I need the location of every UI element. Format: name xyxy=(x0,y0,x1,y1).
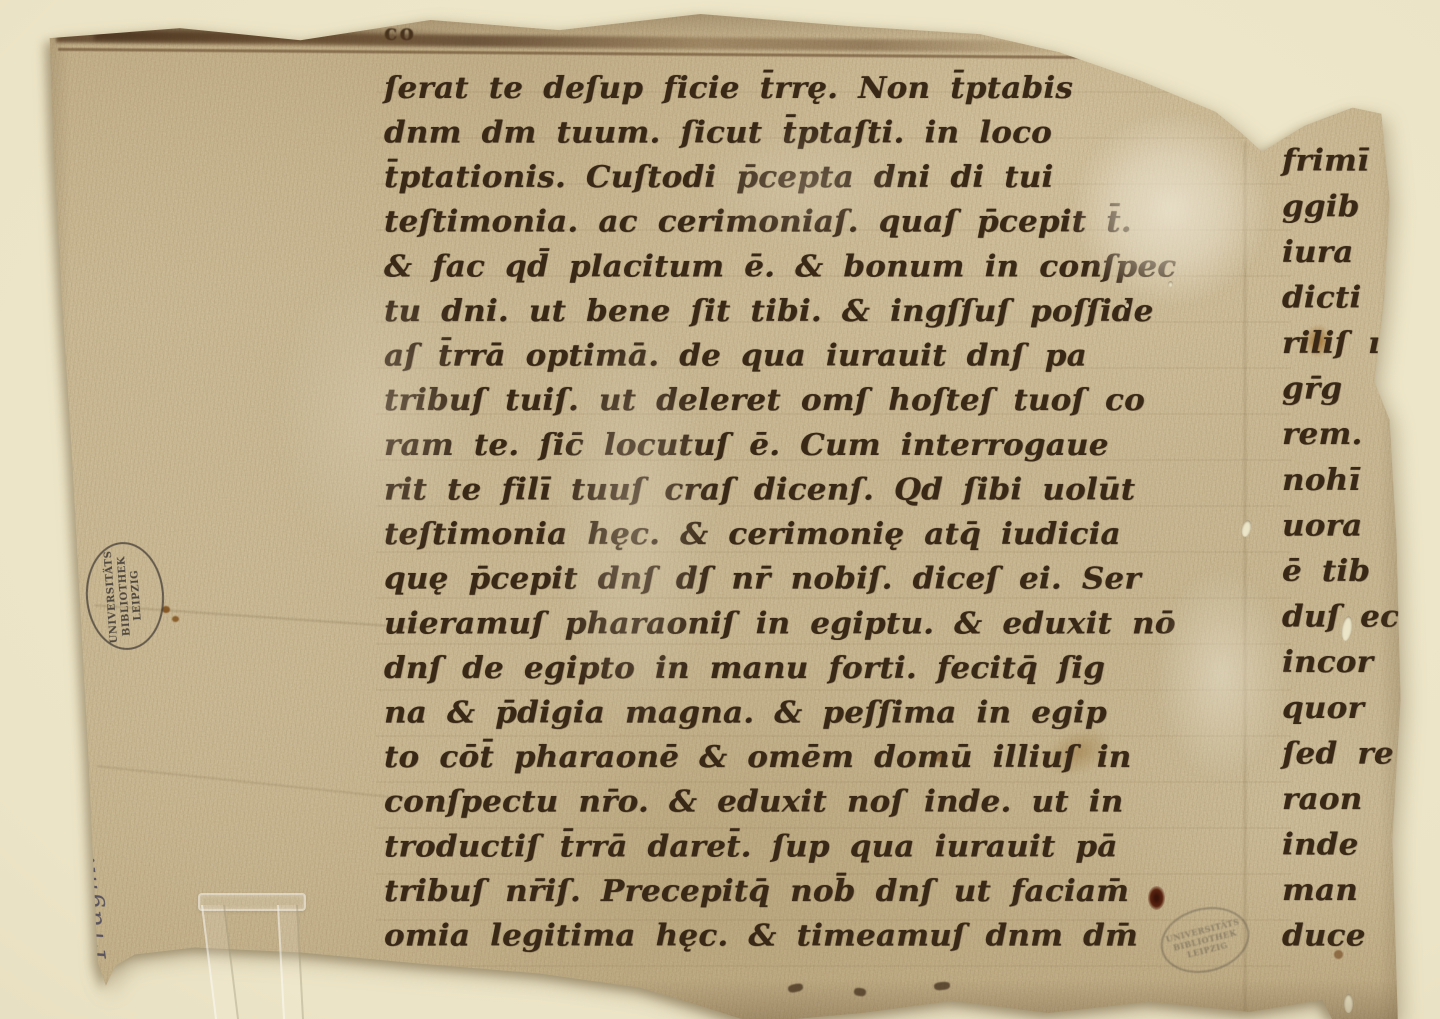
acrylic-stand xyxy=(192,885,316,1019)
acrylic-stand-leg xyxy=(277,905,304,1019)
manuscript-fragment: co ſerat te deſup ficie t̄rrę. Non t̄pta… xyxy=(36,12,1406,1019)
photo-mat-background: co ſerat te deſup ficie t̄rrę. Non t̄pta… xyxy=(0,0,1440,1019)
acrylic-stand-leg xyxy=(201,905,239,1019)
edge-shading xyxy=(36,12,1406,1019)
stain xyxy=(62,521,73,534)
parchment-sheet: co ſerat te deſup ficie t̄rrę. Non t̄pta… xyxy=(36,12,1406,1019)
